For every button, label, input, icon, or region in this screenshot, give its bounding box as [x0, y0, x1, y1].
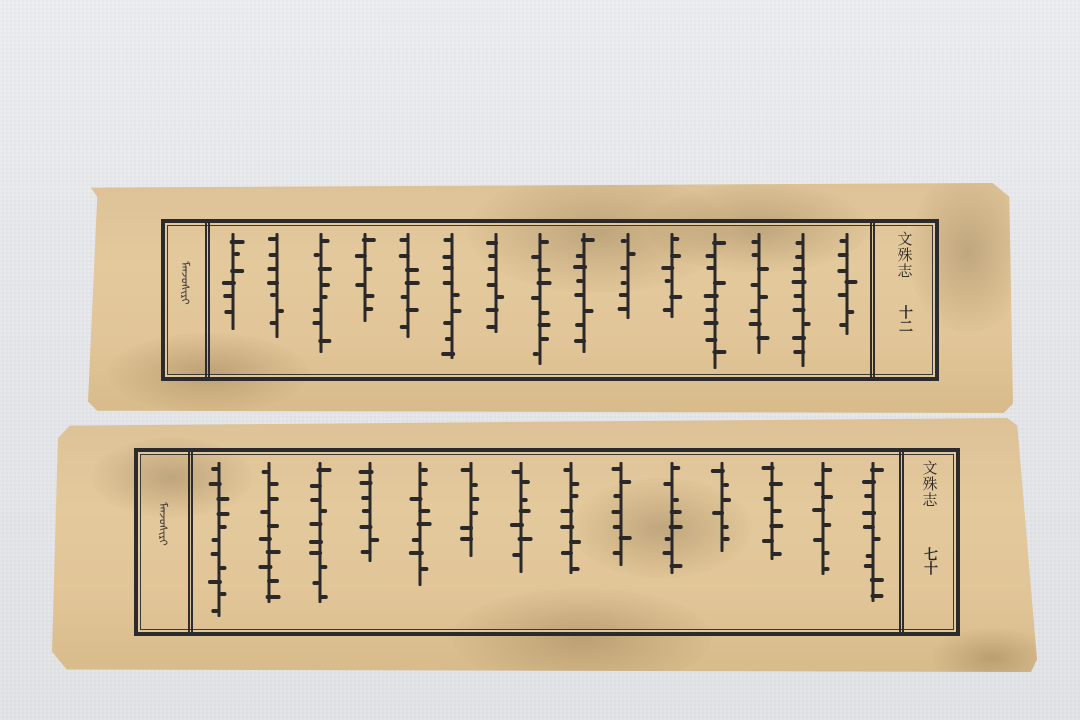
mongolian-text-column	[223, 227, 243, 373]
mongolian-text-column	[461, 456, 481, 628]
folio-number: 七十	[920, 547, 940, 575]
mongolian-text-column	[486, 227, 506, 373]
mongolian-text-column	[267, 227, 287, 373]
mongolian-text-column	[574, 227, 594, 373]
margin-mongolian-label: ᠮᠠᠨᠵᠤᠰᠢᠷᠢ	[154, 502, 173, 546]
mongolian-text-column	[762, 456, 782, 628]
right-margin-panel: 文殊志 七十	[899, 452, 956, 632]
mongolian-text-column	[662, 227, 682, 373]
mongolian-text-column	[611, 456, 631, 628]
printed-frame: ᠮᠠᠨᠵᠤᠰᠢᠷᠢ 文殊志 十二	[161, 219, 939, 381]
right-margin-panel: 文殊志 十二	[870, 223, 935, 377]
mongolian-text-column	[561, 456, 581, 628]
chinese-title: 文殊志	[920, 460, 941, 508]
left-margin-panel: ᠮᠠᠨᠵᠤᠰᠢᠷᠢ	[138, 452, 193, 632]
mongolian-text-column	[442, 227, 462, 373]
mongolian-text-column	[863, 456, 883, 628]
manuscript-leaf-top: ᠮᠠᠨᠵᠤᠰᠢᠷᠢ 文殊志 十二	[88, 183, 1013, 413]
mongolian-text-column	[837, 227, 857, 373]
mongolian-text-column	[360, 456, 380, 628]
mongolian-text-column	[749, 227, 769, 373]
printed-frame: ᠮᠠᠨᠵᠤᠰᠢᠷᠢ 文殊志 七十	[134, 448, 960, 636]
mongolian-text-column	[311, 227, 331, 373]
mongolian-text-block	[194, 456, 898, 628]
mongolian-text-column	[410, 456, 430, 628]
mongolian-text-column	[705, 227, 725, 373]
mongolian-text-column	[618, 227, 638, 373]
mongolian-text-column	[712, 456, 732, 628]
folio-number: 十二	[895, 305, 915, 333]
manuscript-leaf-bottom: ᠮᠠᠨᠵᠤᠰᠢᠷᠢ 文殊志 七十	[52, 418, 1037, 672]
mongolian-text-column	[793, 227, 813, 373]
left-margin-panel: ᠮᠠᠨᠵᠤᠰᠢᠷᠢ	[165, 223, 210, 377]
mongolian-text-column	[813, 456, 833, 628]
mongolian-text-column	[398, 227, 418, 373]
mongolian-text-block	[211, 227, 869, 373]
margin-mongolian-label: ᠮᠠᠨᠵᠤᠰᠢᠷᠢ	[176, 261, 195, 305]
mongolian-text-column	[511, 456, 531, 628]
mongolian-text-column	[259, 456, 279, 628]
mongolian-text-column	[310, 456, 330, 628]
mongolian-text-column	[209, 456, 229, 628]
mongolian-text-column	[530, 227, 550, 373]
mongolian-text-column	[662, 456, 682, 628]
chinese-title: 文殊志	[895, 231, 916, 279]
mongolian-text-column	[355, 227, 375, 373]
